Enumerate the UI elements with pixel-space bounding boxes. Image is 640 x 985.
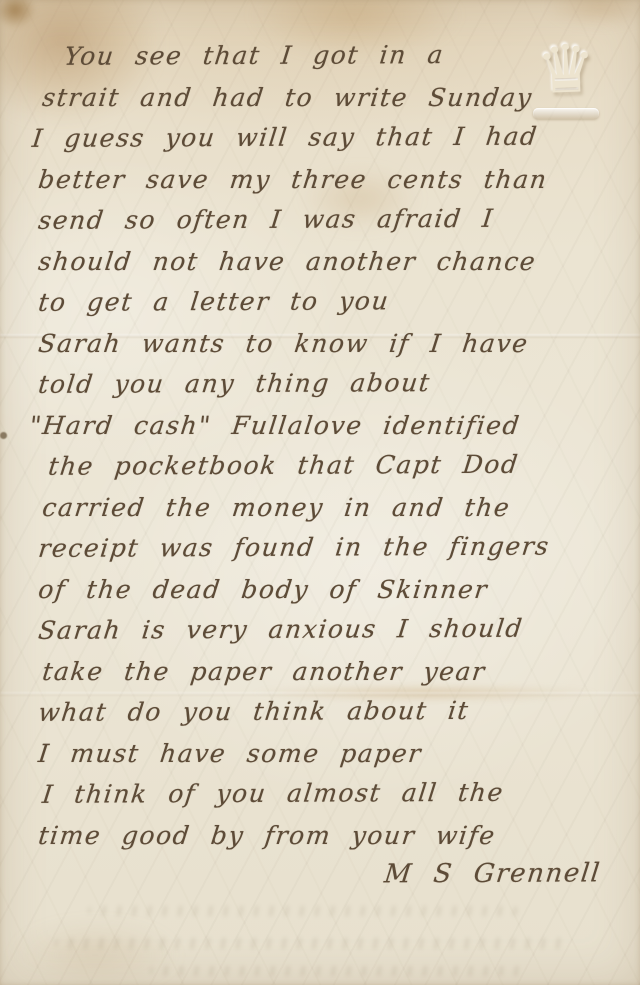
paper-vignette <box>0 0 640 985</box>
letter-page: ♛ You see that I got in a strait and had… <box>0 0 640 985</box>
